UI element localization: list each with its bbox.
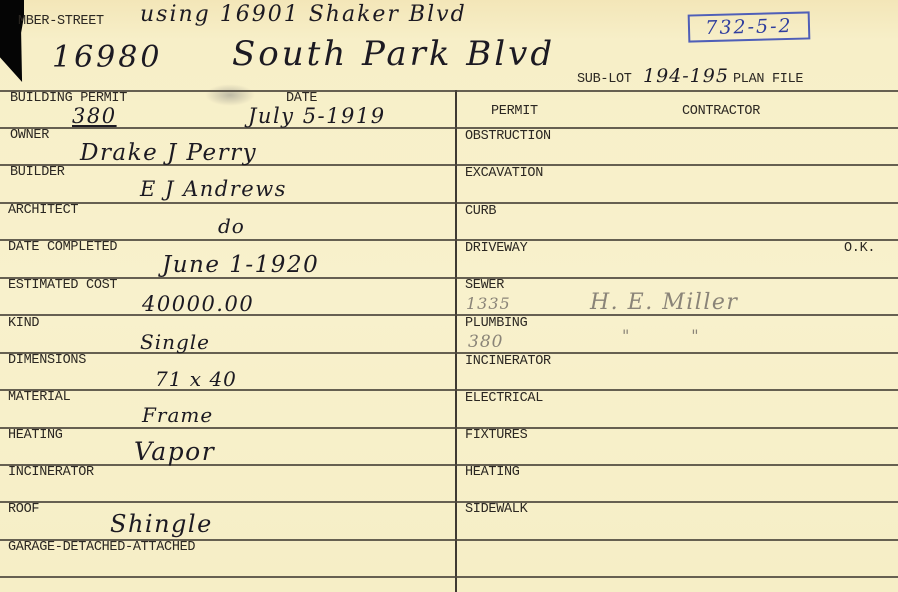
- field-label-kind: KIND: [8, 316, 39, 331]
- permit-row-number: 380: [468, 332, 503, 352]
- permit-row-number: 1335: [466, 294, 511, 313]
- permit-row-contractor: H. E. Miller: [590, 290, 738, 315]
- rule: [0, 389, 898, 391]
- permit-row-label: OBSTRUCTION: [465, 129, 551, 144]
- rule: [0, 202, 898, 204]
- ink-smudge: [205, 84, 255, 106]
- field-value-building-permit: 380: [72, 104, 117, 128]
- field-label-garage: GARAGE-DETACHED-ATTACHED: [8, 540, 195, 555]
- field-label-architect: ARCHITECT: [8, 203, 78, 218]
- scan-edge-shadow: [0, 0, 24, 82]
- sublot-value: 194-195: [643, 65, 729, 87]
- permit-row-label: SEWER: [465, 278, 504, 293]
- file-stamp-number: 732-5-2: [690, 14, 809, 39]
- field-value-estimated-cost: 40000.00: [142, 292, 254, 316]
- field-value-builder: E J Andrews: [140, 177, 287, 201]
- rule: [0, 427, 898, 429]
- permit-row-label: CURB: [465, 204, 496, 219]
- rule: [0, 576, 898, 578]
- field-value-material: Frame: [142, 403, 213, 427]
- field-label-estimated-cost: ESTIMATED COST: [8, 278, 117, 293]
- permit-row-label: DRIVEWAY: [465, 241, 527, 256]
- file-stamp: 732-5-2: [688, 11, 811, 42]
- rule: [0, 501, 898, 503]
- rule: [0, 352, 898, 354]
- field-value-architect: do: [218, 214, 245, 238]
- rule: [0, 277, 898, 279]
- field-label-heating: HEATING: [8, 428, 63, 443]
- permit-row-label: SIDEWALK: [465, 502, 527, 517]
- field-value-kind: Single: [140, 330, 210, 354]
- permit-row-contractor: " ": [622, 326, 700, 345]
- permit-row-label: EXCAVATION: [465, 166, 543, 181]
- field-label-incinerator: INCINERATOR: [8, 465, 94, 480]
- field-label-builder: BUILDER: [10, 165, 65, 180]
- field-label-dimensions: DIMENSIONS: [8, 353, 86, 368]
- field-value-roof: Shingle: [110, 510, 213, 538]
- field-value-owner: Drake J Perry: [80, 140, 257, 166]
- number-street-label: MBER-STREET: [18, 14, 104, 29]
- permit-row-note: O.K.: [844, 241, 875, 256]
- header-permit: PERMIT: [491, 104, 538, 119]
- address-number: 16980: [52, 40, 162, 75]
- permit-row-label: FIXTURES: [465, 428, 527, 443]
- sublot-label: SUB-LOT: [577, 72, 632, 87]
- rule: [0, 314, 898, 316]
- field-value-dimensions: 71 x 40: [155, 367, 237, 391]
- rule: [0, 90, 898, 92]
- rule: [0, 127, 898, 129]
- permit-row-label: INCINERATOR: [465, 354, 551, 369]
- header-contractor: CONTRACTOR: [682, 104, 760, 119]
- previous-address-note: using 16901 Shaker Blvd: [140, 2, 467, 27]
- permit-row-label: HEATING: [465, 465, 520, 480]
- field-value-date-completed: June 1-1920: [162, 252, 319, 278]
- permit-card: MBER-STREET using 16901 Shaker Blvd 1698…: [0, 0, 898, 592]
- field-label-roof: ROOF: [8, 502, 39, 517]
- address-street: South Park Blvd: [232, 34, 555, 74]
- field-label-owner: OWNER: [10, 128, 49, 143]
- rule: [0, 239, 898, 241]
- field-value-heating: Vapor: [134, 437, 215, 466]
- field-label-date-completed: DATE COMPLETED: [8, 240, 117, 255]
- field-value-date: July 5-1919: [248, 104, 386, 128]
- plan-file-label: PLAN FILE: [733, 72, 803, 87]
- permit-row-label: PLUMBING: [465, 316, 527, 331]
- field-label-material: MATERIAL: [8, 390, 70, 405]
- permit-row-label: ELECTRICAL: [465, 391, 543, 406]
